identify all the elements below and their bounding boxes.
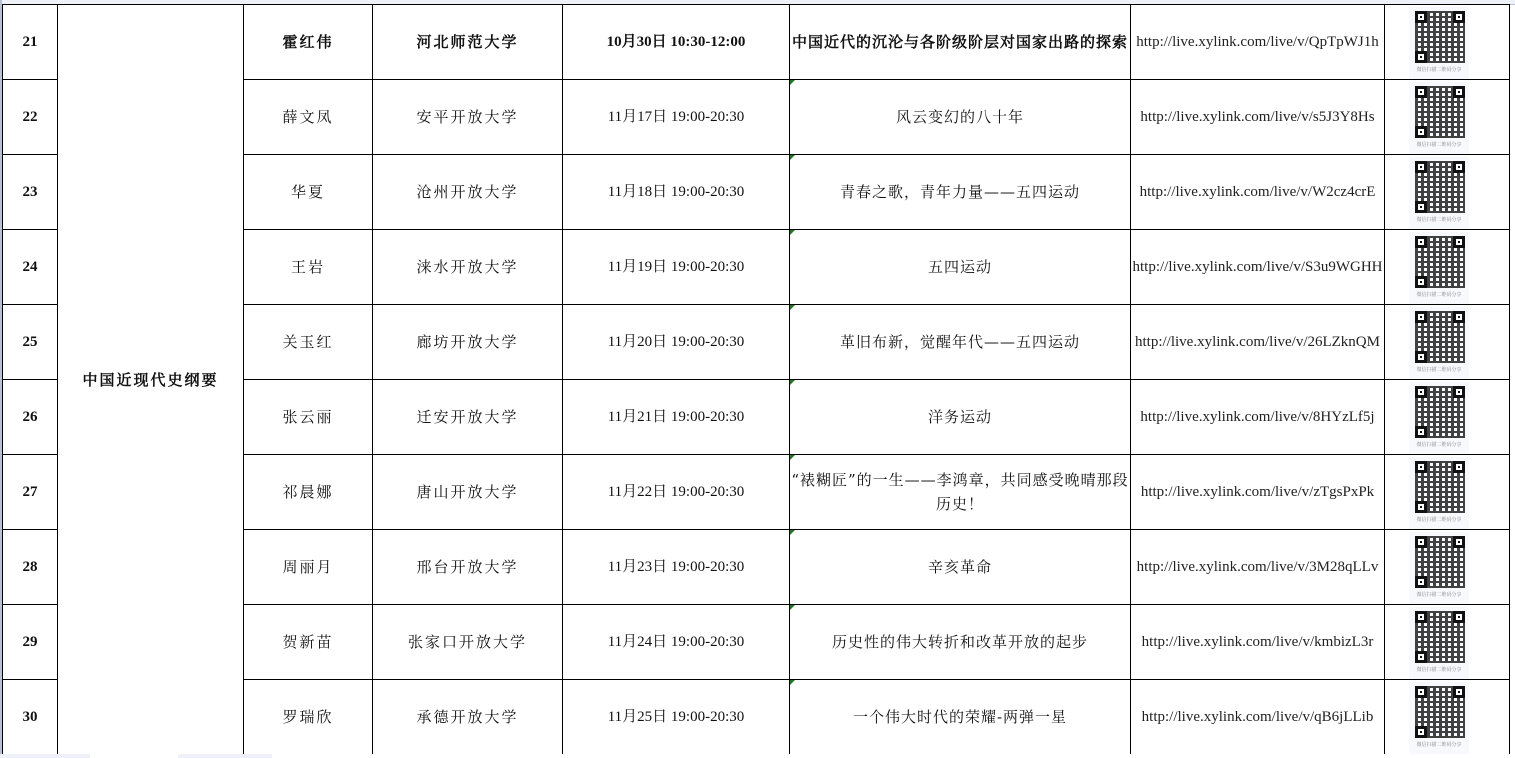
qr-code-image[interactable]: 微信扫描二维码分享 bbox=[1409, 157, 1469, 229]
comment-indicator-icon bbox=[790, 230, 795, 235]
sheet-bottom-edge bbox=[0, 754, 1515, 758]
qr-finder-pattern-icon bbox=[1415, 351, 1427, 363]
cell-school[interactable]: 邢台开放大学 bbox=[373, 530, 563, 605]
cell-course-merged-text: 中国近现代史纲要 bbox=[82, 371, 218, 389]
cell-topic-text: 一个伟大时代的荣耀-两弹一星 bbox=[853, 708, 1067, 726]
qr-caption: 微信扫描二维码分享 bbox=[1409, 742, 1469, 749]
cell-school-text: 安平开放大学 bbox=[416, 108, 518, 126]
cell-qr-code[interactable]: 微信扫描二维码分享 bbox=[1385, 80, 1510, 155]
cell-lecturer-name-text: 贺新苗 bbox=[282, 633, 333, 651]
cell-topic[interactable]: 辛亥革命 bbox=[790, 530, 1131, 605]
cell-live-url-text: http://live.xylink.com/live/v/S3u9WGHH bbox=[1133, 259, 1383, 275]
qr-finder-pattern-icon bbox=[1453, 236, 1465, 248]
cell-date-time[interactable]: 11月24日 19:00-20:30 bbox=[563, 605, 790, 680]
cell-lecturer-name[interactable]: 薛文凤 bbox=[244, 80, 373, 155]
cell-row-number-text: 22 bbox=[23, 109, 38, 125]
comment-indicator-icon bbox=[790, 80, 795, 85]
cell-row-number[interactable]: 23 bbox=[3, 155, 58, 230]
cell-date-time-text: 11月25日 19:00-20:30 bbox=[608, 709, 745, 725]
cell-lecturer-name[interactable]: 贺新苗 bbox=[244, 605, 373, 680]
cell-live-url[interactable]: http://live.xylink.com/live/v/W2cz4crE bbox=[1131, 155, 1385, 230]
cell-school-text: 廊坊开放大学 bbox=[416, 333, 518, 351]
cell-row-number-text: 28 bbox=[23, 559, 38, 575]
cell-date-time-text: 11月20日 19:00-20:30 bbox=[608, 334, 745, 350]
qr-finder-pattern-icon bbox=[1415, 201, 1427, 213]
cell-row-number[interactable]: 25 bbox=[3, 305, 58, 380]
cell-school[interactable]: 沧州开放大学 bbox=[373, 155, 563, 230]
cell-school[interactable]: 安平开放大学 bbox=[373, 80, 563, 155]
cell-school-text: 邢台开放大学 bbox=[416, 558, 518, 576]
qr-finder-pattern-icon bbox=[1453, 611, 1465, 623]
cell-school[interactable]: 廊坊开放大学 bbox=[373, 305, 563, 380]
qr-code-image[interactable]: 微信扫描二维码分享 bbox=[1409, 232, 1469, 304]
qr-finder-pattern-icon bbox=[1453, 11, 1465, 23]
qr-finder-pattern-icon bbox=[1453, 161, 1465, 173]
cell-live-url-text: http://live.xylink.com/live/v/s5J3Y8Hs bbox=[1140, 109, 1374, 125]
qr-code-image[interactable]: 微信扫描二维码分享 bbox=[1409, 307, 1469, 379]
qr-finder-pattern-icon bbox=[1415, 86, 1427, 98]
cell-lecturer-name[interactable]: 罗瑞欣 bbox=[244, 680, 373, 755]
cell-row-number-text: 29 bbox=[23, 634, 38, 650]
comment-indicator-icon bbox=[790, 455, 795, 460]
qr-caption: 微信扫描二维码分享 bbox=[1409, 67, 1469, 74]
qr-finder-pattern-icon bbox=[1415, 461, 1427, 473]
cell-lecturer-name-text: 周丽月 bbox=[282, 558, 333, 576]
cell-date-time[interactable]: 11月23日 19:00-20:30 bbox=[563, 530, 790, 605]
cell-live-url-text: http://live.xylink.com/live/v/zTgsPxPk bbox=[1141, 484, 1374, 500]
qr-finder-pattern-icon bbox=[1453, 86, 1465, 98]
cell-live-url[interactable]: http://live.xylink.com/live/v/8HYzLf5j bbox=[1131, 380, 1385, 455]
cell-school-text: 唐山开放大学 bbox=[416, 483, 518, 501]
cell-lecturer-name[interactable]: 张云丽 bbox=[244, 380, 373, 455]
cell-topic[interactable]: 一个伟大时代的荣耀-两弹一星 bbox=[790, 680, 1131, 755]
cell-lecturer-name[interactable]: 周丽月 bbox=[244, 530, 373, 605]
cell-topic-text: 青春之歌，青年力量——五四运动 bbox=[840, 183, 1080, 201]
cell-qr-code[interactable]: 微信扫描二维码分享 bbox=[1385, 605, 1510, 680]
qr-code-image[interactable]: 微信扫描二维码分享 bbox=[1409, 532, 1469, 604]
cell-course-merged[interactable]: 中国近现代史纲要 bbox=[58, 5, 244, 755]
cell-live-url-text: http://live.xylink.com/live/v/26LZknQM bbox=[1135, 334, 1380, 350]
cell-row-number-text: 25 bbox=[23, 334, 38, 350]
qr-finder-pattern-icon bbox=[1415, 51, 1427, 63]
qr-caption: 微信扫描二维码分享 bbox=[1409, 667, 1469, 674]
cell-topic-text: 风云变幻的八十年 bbox=[896, 108, 1024, 126]
qr-finder-pattern-icon bbox=[1415, 426, 1427, 438]
cell-date-time-text: 11月18日 19:00-20:30 bbox=[608, 184, 745, 200]
qr-caption: 微信扫描二维码分享 bbox=[1409, 217, 1469, 224]
cell-live-url-text: http://live.xylink.com/live/v/3M28qLLv bbox=[1137, 559, 1379, 575]
cell-lecturer-name[interactable]: 祁晨娜 bbox=[244, 455, 373, 530]
qr-code-image[interactable]: 微信扫描二维码分享 bbox=[1409, 382, 1469, 454]
qr-code-image[interactable]: 微信扫描二维码分享 bbox=[1409, 7, 1469, 79]
cell-topic[interactable]: 风云变幻的八十年 bbox=[790, 80, 1131, 155]
cell-live-url[interactable]: http://live.xylink.com/live/v/3M28qLLv bbox=[1131, 530, 1385, 605]
cell-date-time[interactable]: 11月17日 19:00-20:30 bbox=[563, 80, 790, 155]
cell-topic-text: 革旧布新，觉醒年代——五四运动 bbox=[840, 333, 1080, 351]
cell-date-time-text: 11月23日 19:00-20:30 bbox=[608, 559, 745, 575]
cell-topic[interactable]: 青春之歌，青年力量——五四运动 bbox=[790, 155, 1131, 230]
qr-finder-pattern-icon bbox=[1415, 126, 1427, 138]
cell-row-number-text: 21 bbox=[23, 34, 38, 50]
cell-live-url-text: http://live.xylink.com/live/v/8HYzLf5j bbox=[1140, 409, 1374, 425]
qr-finder-pattern-icon bbox=[1453, 686, 1465, 698]
cell-live-url[interactable]: http://live.xylink.com/live/v/26LZknQM bbox=[1131, 305, 1385, 380]
cell-school-text: 涞水开放大学 bbox=[416, 258, 518, 276]
cell-date-time-text: 11月22日 19:00-20:30 bbox=[608, 484, 745, 500]
qr-finder-pattern-icon bbox=[1415, 651, 1427, 663]
cell-row-number-text: 23 bbox=[23, 184, 38, 200]
qr-finder-pattern-icon bbox=[1415, 576, 1427, 588]
cell-topic[interactable]: “裱糊匠”的一生——李鸿章，共同感受晚晴那段历史！ bbox=[790, 455, 1131, 530]
cell-row-number[interactable]: 28 bbox=[3, 530, 58, 605]
qr-finder-pattern-icon bbox=[1415, 311, 1427, 323]
qr-finder-pattern-icon bbox=[1453, 461, 1465, 473]
cell-live-url[interactable]: http://live.xylink.com/live/v/s5J3Y8Hs bbox=[1131, 80, 1385, 155]
cell-lecturer-name[interactable]: 霍红伟 bbox=[244, 5, 373, 80]
comment-indicator-icon bbox=[790, 530, 795, 535]
cell-live-url[interactable]: http://live.xylink.com/live/v/qB6jLLib bbox=[1131, 680, 1385, 755]
cell-live-url-text: http://live.xylink.com/live/v/qB6jLLib bbox=[1142, 709, 1374, 725]
qr-finder-pattern-icon bbox=[1453, 536, 1465, 548]
cell-school[interactable]: 承德开放大学 bbox=[373, 680, 563, 755]
cell-date-time[interactable]: 11月18日 19:00-20:30 bbox=[563, 155, 790, 230]
qr-finder-pattern-icon bbox=[1453, 386, 1465, 398]
cell-live-url-text: http://live.xylink.com/live/v/W2cz4crE bbox=[1140, 184, 1376, 200]
cell-date-time-text: 11月21日 19:00-20:30 bbox=[608, 409, 745, 425]
cell-topic-text: 洋务运动 bbox=[928, 408, 992, 426]
comment-indicator-icon bbox=[790, 680, 795, 685]
cell-school[interactable]: 涞水开放大学 bbox=[373, 230, 563, 305]
cell-topic-text: “裱糊匠”的一生——李鸿章，共同感受晚晴那段历史！ bbox=[791, 471, 1128, 513]
cell-date-time[interactable]: 11月19日 19:00-20:30 bbox=[563, 230, 790, 305]
qr-finder-pattern-icon bbox=[1415, 726, 1427, 738]
cell-topic[interactable]: 五四运动 bbox=[790, 230, 1131, 305]
cell-live-url[interactable]: http://live.xylink.com/live/v/S3u9WGHH bbox=[1131, 230, 1385, 305]
cell-topic-text: 中国近代的沉沦与各阶级阶层对国家出路的探索 bbox=[792, 33, 1128, 51]
cell-row-number-text: 26 bbox=[23, 409, 38, 425]
cell-qr-code[interactable]: 微信扫描二维码分享 bbox=[1385, 680, 1510, 755]
comment-indicator-icon bbox=[790, 155, 795, 160]
cell-row-number[interactable]: 21 bbox=[3, 5, 58, 80]
comment-indicator-icon bbox=[790, 380, 795, 385]
cell-topic[interactable]: 洋务运动 bbox=[790, 380, 1131, 455]
comment-indicator-icon bbox=[790, 605, 795, 610]
comment-indicator-icon bbox=[790, 305, 795, 310]
cell-qr-code[interactable]: 微信扫描二维码分享 bbox=[1385, 305, 1510, 380]
cell-school-text: 河北师范大学 bbox=[416, 33, 518, 51]
cell-live-url[interactable]: http://live.xylink.com/live/v/kmbizL3r bbox=[1131, 605, 1385, 680]
cell-date-time[interactable]: 11月22日 19:00-20:30 bbox=[563, 455, 790, 530]
table-row: 21中国近现代史纲要霍红伟河北师范大学10月30日 10:30-12:00中国近… bbox=[3, 5, 1510, 80]
qr-finder-pattern-icon bbox=[1415, 536, 1427, 548]
cell-lecturer-name-text: 华夏 bbox=[291, 183, 325, 201]
cell-lecturer-name-text: 王岩 bbox=[291, 258, 325, 276]
cell-topic[interactable]: 革旧布新，觉醒年代——五四运动 bbox=[790, 305, 1131, 380]
cell-lecturer-name-text: 霍红伟 bbox=[282, 33, 333, 51]
qr-finder-pattern-icon bbox=[1415, 11, 1427, 23]
cell-lecturer-name-text: 罗瑞欣 bbox=[282, 708, 333, 726]
cell-row-number[interactable]: 27 bbox=[3, 455, 58, 530]
cell-lecturer-name[interactable]: 华夏 bbox=[244, 155, 373, 230]
cell-date-time[interactable]: 11月25日 19:00-20:30 bbox=[563, 680, 790, 755]
cell-lecturer-name-text: 祁晨娜 bbox=[282, 483, 333, 501]
cell-school[interactable]: 唐山开放大学 bbox=[373, 455, 563, 530]
qr-caption: 微信扫描二维码分享 bbox=[1409, 142, 1469, 149]
cell-date-time[interactable]: 11月20日 19:00-20:30 bbox=[563, 305, 790, 380]
cell-row-number-text: 27 bbox=[23, 484, 38, 500]
cell-row-number[interactable]: 30 bbox=[3, 680, 58, 755]
cell-topic[interactable]: 历史性的伟大转折和改革开放的起步 bbox=[790, 605, 1131, 680]
cell-topic-text: 历史性的伟大转折和改革开放的起步 bbox=[832, 633, 1088, 651]
cell-row-number[interactable]: 29 bbox=[3, 605, 58, 680]
cell-date-time-text: 11月19日 19:00-20:30 bbox=[608, 259, 745, 275]
cell-school[interactable]: 迁安开放大学 bbox=[373, 380, 563, 455]
qr-finder-pattern-icon bbox=[1415, 686, 1427, 698]
qr-finder-pattern-icon bbox=[1453, 311, 1465, 323]
qr-finder-pattern-icon bbox=[1415, 161, 1427, 173]
qr-code-image[interactable]: 微信扫描二维码分享 bbox=[1409, 457, 1469, 529]
qr-code-image[interactable]: 微信扫描二维码分享 bbox=[1409, 82, 1469, 154]
cell-topic-text: 五四运动 bbox=[928, 258, 992, 276]
qr-finder-pattern-icon bbox=[1415, 501, 1427, 513]
qr-code-image[interactable]: 微信扫描二维码分享 bbox=[1409, 682, 1469, 754]
cell-row-number[interactable]: 24 bbox=[3, 230, 58, 305]
cell-school-text: 承德开放大学 bbox=[416, 708, 518, 726]
qr-finder-pattern-icon bbox=[1415, 611, 1427, 623]
qr-finder-pattern-icon bbox=[1415, 236, 1427, 248]
qr-caption: 微信扫描二维码分享 bbox=[1409, 367, 1469, 374]
cell-date-time[interactable]: 11月21日 19:00-20:30 bbox=[563, 380, 790, 455]
cell-date-time-text: 10月30日 10:30-12:00 bbox=[607, 34, 746, 50]
cell-school[interactable]: 河北师范大学 bbox=[373, 5, 563, 80]
cell-qr-code[interactable]: 微信扫描二维码分享 bbox=[1385, 5, 1510, 80]
cell-qr-code[interactable]: 微信扫描二维码分享 bbox=[1385, 380, 1510, 455]
cell-lecturer-name-text: 关玉红 bbox=[282, 333, 333, 351]
qr-caption: 微信扫描二维码分享 bbox=[1409, 592, 1469, 599]
cell-lecturer-name-text: 薛文凤 bbox=[282, 108, 333, 126]
cell-school[interactable]: 张家口开放大学 bbox=[373, 605, 563, 680]
cell-date-time[interactable]: 10月30日 10:30-12:00 bbox=[563, 5, 790, 80]
cell-lecturer-name-text: 张云丽 bbox=[282, 408, 333, 426]
cell-qr-code[interactable]: 微信扫描二维码分享 bbox=[1385, 230, 1510, 305]
cell-live-url[interactable]: http://live.xylink.com/live/v/zTgsPxPk bbox=[1131, 455, 1385, 530]
cell-qr-code[interactable]: 微信扫描二维码分享 bbox=[1385, 455, 1510, 530]
cell-qr-code[interactable]: 微信扫描二维码分享 bbox=[1385, 155, 1510, 230]
cell-live-url-text: http://live.xylink.com/live/v/QpTpWJ1h bbox=[1136, 34, 1378, 50]
cell-qr-code[interactable]: 微信扫描二维码分享 bbox=[1385, 530, 1510, 605]
qr-caption: 微信扫描二维码分享 bbox=[1409, 292, 1469, 299]
cell-row-number-text: 30 bbox=[23, 709, 38, 725]
qr-caption: 微信扫描二维码分享 bbox=[1409, 442, 1469, 449]
qr-finder-pattern-icon bbox=[1415, 386, 1427, 398]
cell-date-time-text: 11月24日 19:00-20:30 bbox=[608, 634, 745, 650]
spreadsheet-grid: 21中国近现代史纲要霍红伟河北师范大学10月30日 10:30-12:00中国近… bbox=[2, 4, 1510, 755]
cell-topic[interactable]: 中国近代的沉沦与各阶级阶层对国家出路的探索 bbox=[790, 5, 1131, 80]
cell-topic-text: 辛亥革命 bbox=[928, 558, 992, 576]
cell-row-number-text: 24 bbox=[23, 259, 38, 275]
cell-lecturer-name[interactable]: 关玉红 bbox=[244, 305, 373, 380]
qr-code-image[interactable]: 微信扫描二维码分享 bbox=[1409, 607, 1469, 679]
qr-caption: 微信扫描二维码分享 bbox=[1409, 517, 1469, 524]
cell-school-text: 迁安开放大学 bbox=[416, 408, 518, 426]
cell-school-text: 张家口开放大学 bbox=[408, 633, 527, 651]
qr-finder-pattern-icon bbox=[1415, 276, 1427, 288]
cell-date-time-text: 11月17日 19:00-20:30 bbox=[608, 109, 745, 125]
cell-school-text: 沧州开放大学 bbox=[416, 183, 518, 201]
cell-row-number[interactable]: 26 bbox=[3, 380, 58, 455]
cell-live-url-text: http://live.xylink.com/live/v/kmbizL3r bbox=[1142, 634, 1374, 650]
cell-row-number[interactable]: 22 bbox=[3, 80, 58, 155]
cell-lecturer-name[interactable]: 王岩 bbox=[244, 230, 373, 305]
cell-live-url[interactable]: http://live.xylink.com/live/v/QpTpWJ1h bbox=[1131, 5, 1385, 80]
